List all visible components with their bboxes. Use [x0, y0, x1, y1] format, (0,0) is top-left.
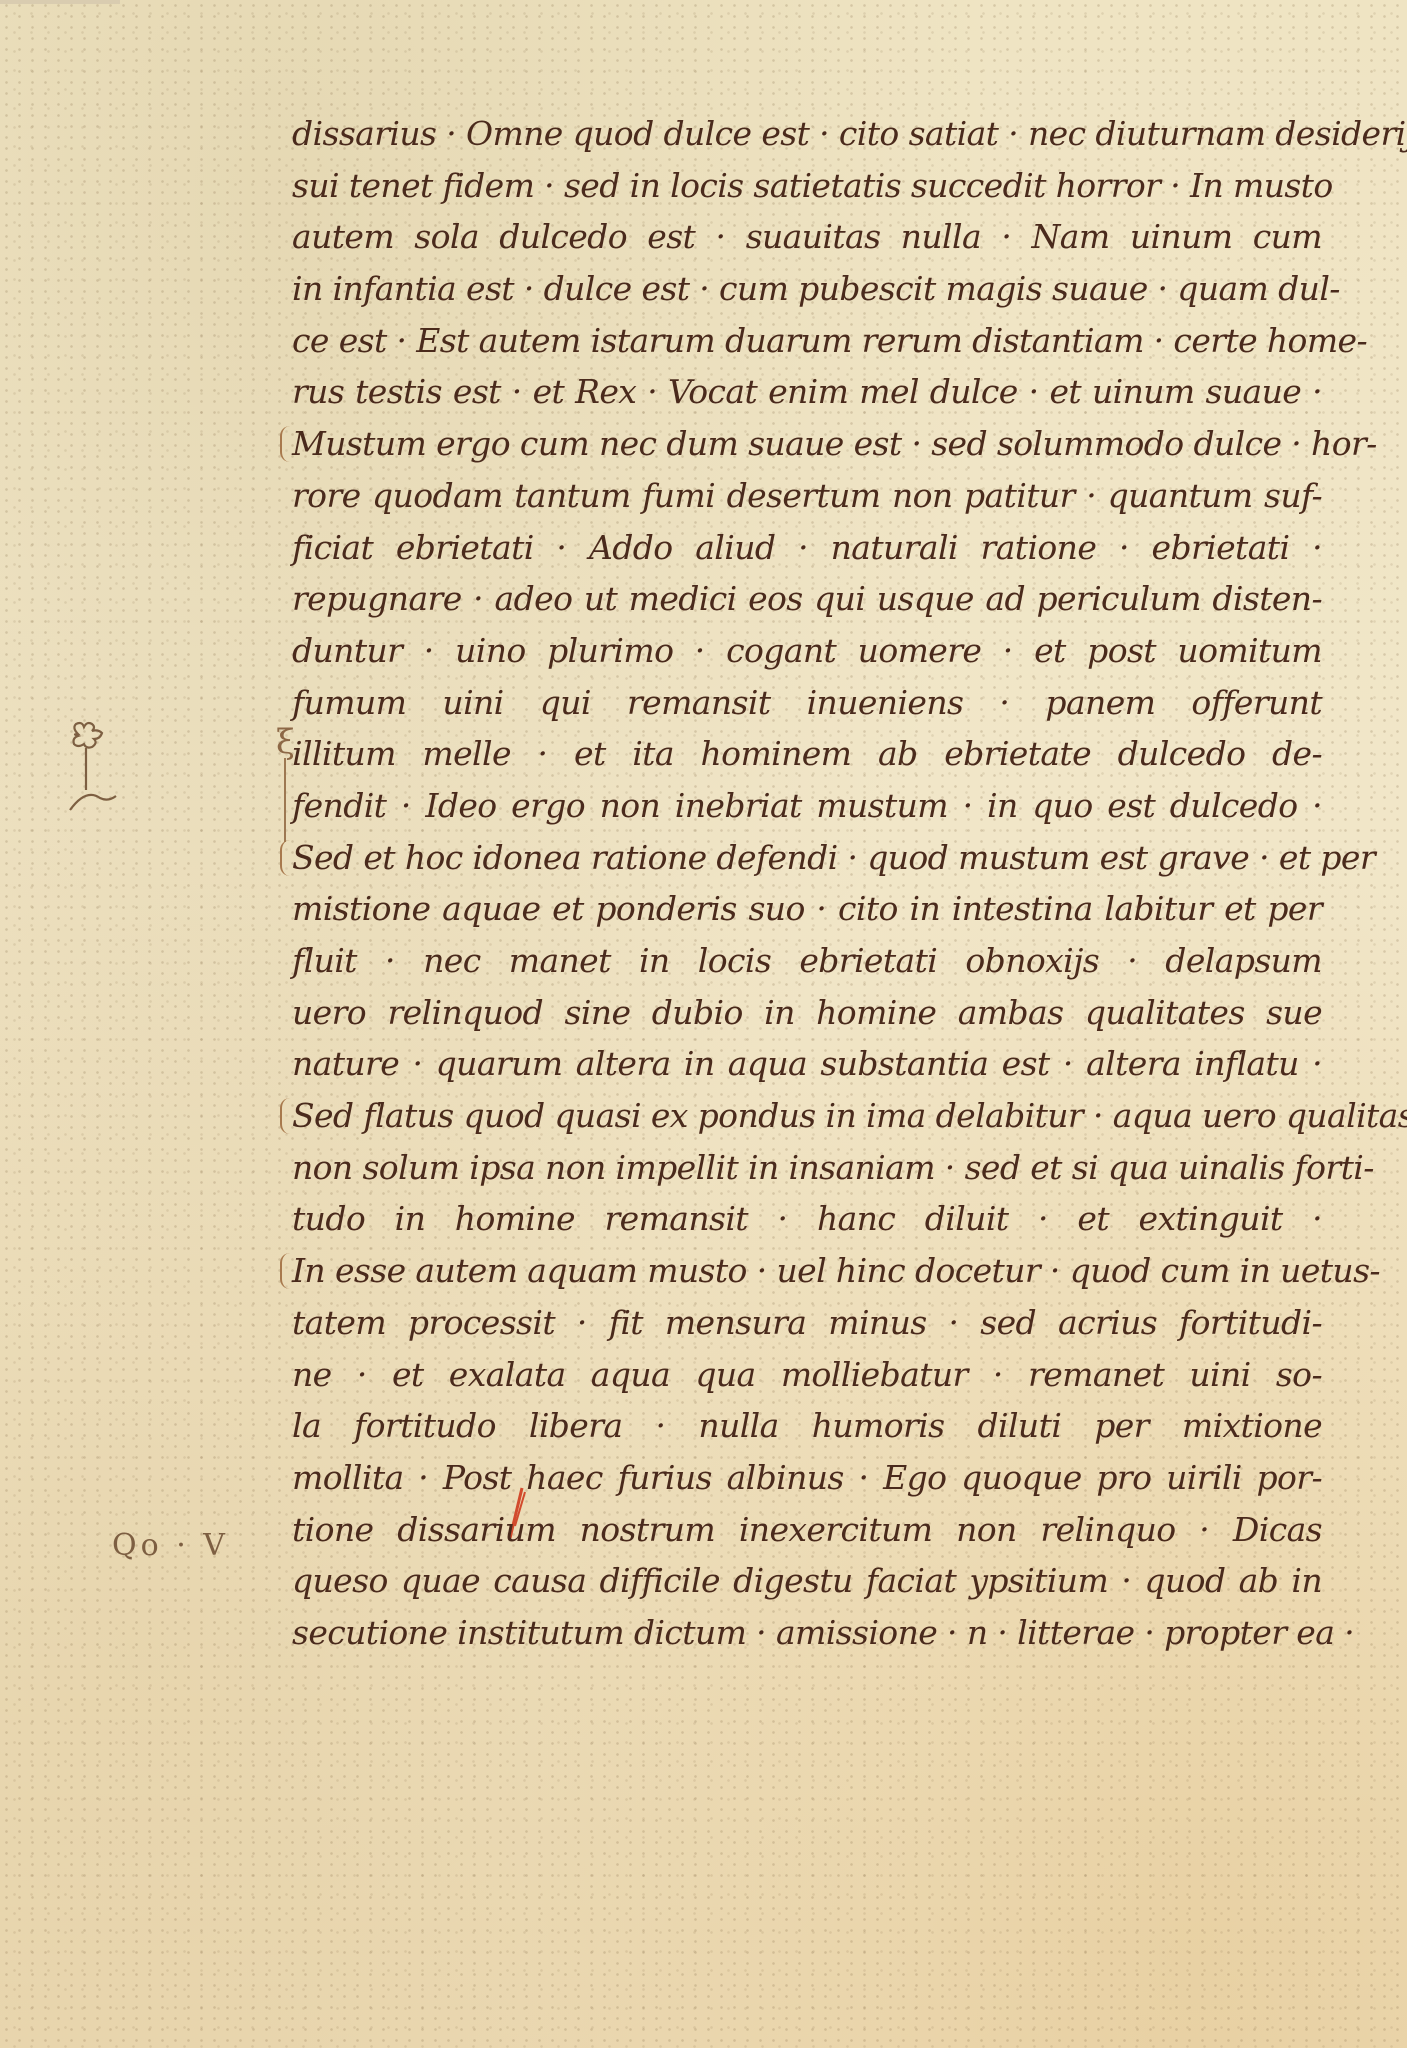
text-line-27: mollita · Post haec furius albinus · Ego…	[292, 1452, 1322, 1504]
text-line-4: in infantia est · dulce est · cum pubesc…	[292, 263, 1322, 315]
text-line-12: fumum uini qui remansit inueniens · pane…	[292, 677, 1322, 729]
tree-sketch-icon	[56, 718, 126, 818]
text-line-7-content: Mustum ergo cum nec dum suaue est · sed …	[292, 424, 1377, 463]
text-line-10: repugnare · adeo ut medici eos qui usque…	[292, 573, 1322, 625]
text-line-20-content: Sed flatus quod quasi ex pondus in ima d…	[292, 1096, 1407, 1135]
text-line-25: ne · et exalata aqua qua molliebatur · r…	[292, 1349, 1322, 1401]
text-line-19: nature · quarum altera in aqua substanti…	[292, 1038, 1322, 1090]
marginal-bracket: ξ	[276, 722, 290, 840]
text-line-7: Mustum ergo cum nec dum suaue est · sed …	[292, 418, 1322, 470]
manuscript-folio: ξ Qo · V dissarius · Omne quod dulce est…	[0, 0, 1407, 2048]
page-edge	[0, 0, 120, 4]
text-line-26: la fortitudo libera · nulla humoris dilu…	[292, 1400, 1322, 1452]
text-line-23: In esse autem aquam musto · uel hinc doc…	[292, 1245, 1322, 1297]
text-line-5: ce est · Est autem istarum duarum rerum …	[292, 315, 1322, 367]
text-line-30: secutione institutum dictum · amissione …	[292, 1607, 1322, 1659]
text-line-3: autem sola dulcedo est · suauitas nulla …	[292, 211, 1322, 263]
text-line-8: rore quodam tantum fumi desertum non pat…	[292, 470, 1322, 522]
text-line-2: sui tenet fidem · sed in locis satietati…	[292, 160, 1322, 212]
text-line-18: uero relinquod sine dubio in homine amba…	[292, 987, 1322, 1039]
text-line-15: Sed et hoc idonea ratione defendi · quod…	[292, 832, 1322, 884]
text-line-29: queso quae causa difficile digestu facia…	[292, 1555, 1322, 1607]
text-line-1: dissarius · Omne quod dulce est · cito s…	[292, 108, 1322, 160]
text-line-14: fendit · Ideo ergo non inebriat mustum ·…	[292, 780, 1322, 832]
bracket-stem	[284, 758, 286, 842]
text-line-22: tudo in homine remansit · hanc diluit · …	[292, 1193, 1322, 1245]
marginal-tree-drawing	[56, 718, 126, 818]
paraph-mark	[280, 840, 292, 876]
main-text-column: dissarius · Omne quod dulce est · cito s…	[292, 108, 1322, 1659]
text-line-9-content: ficiat ebrietati · Addo aliud · naturali…	[292, 528, 1322, 567]
text-line-9: ficiat ebrietati · Addo aliud · naturali…	[292, 522, 1322, 574]
text-line-21: non solum ipsa non impellit in insaniam …	[292, 1142, 1322, 1194]
text-line-13: illitum melle · et ita hominem ab ebriet…	[292, 728, 1322, 780]
paraph-mark	[280, 1253, 292, 1289]
text-line-16: mistione aquae et ponderis suo · cito in…	[292, 883, 1322, 935]
marginal-note-lower: Qo · V	[112, 1528, 229, 1563]
text-line-11: duntur · uino plurimo · cogant uomere · …	[292, 625, 1322, 677]
text-line-28: tione dissarium nostrum inexercitum non …	[292, 1504, 1322, 1556]
text-line-20: Sed flatus quod quasi ex pondus in ima d…	[292, 1090, 1322, 1142]
text-line-23-content: In esse autem aquam musto · uel hinc doc…	[292, 1251, 1380, 1290]
text-line-24: tatem processit · fit mensura minus · se…	[292, 1297, 1322, 1349]
paraph-mark	[280, 1098, 292, 1134]
text-line-17: fluit · nec manet in locis ebrietati obn…	[292, 935, 1322, 987]
text-line-15-content: Sed et hoc idonea ratione defendi · quod…	[292, 838, 1375, 877]
text-line-6: rus testis est · et Rex · Vocat enim mel…	[292, 366, 1322, 418]
paraph-mark	[280, 426, 292, 462]
